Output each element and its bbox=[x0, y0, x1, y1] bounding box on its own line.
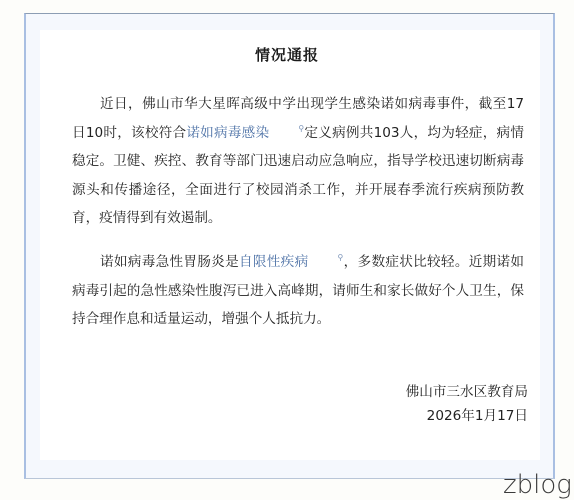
notice-title: 情况通报 bbox=[0, 44, 574, 65]
signature-organization: 佛山市三水区教育局 bbox=[406, 380, 528, 400]
paragraph-2-text-start: 诺如病毒急性胃肠炎是 bbox=[100, 254, 239, 270]
norovirus-infection-link[interactable]: 诺如病毒感染 bbox=[186, 125, 269, 141]
watermark: zblog bbox=[503, 470, 572, 500]
notice-paragraph-2: 诺如病毒急性胃肠炎是自限性疾病⚲，多数症状比较轻。近期诺如病毒引起的急性感染性腹… bbox=[72, 248, 524, 334]
search-icon[interactable]: ⚲ bbox=[270, 125, 304, 133]
search-icon[interactable]: ⚲ bbox=[309, 254, 343, 262]
signature-date: 2026年1月17日 bbox=[427, 404, 528, 424]
self-limiting-disease-link[interactable]: 自限性疾病 bbox=[239, 254, 309, 270]
notice-paragraph-1: 近日，佛山市华大星晖高级中学出现学生感染诺如病毒事件，截至17日10时，该校符合… bbox=[72, 90, 524, 233]
